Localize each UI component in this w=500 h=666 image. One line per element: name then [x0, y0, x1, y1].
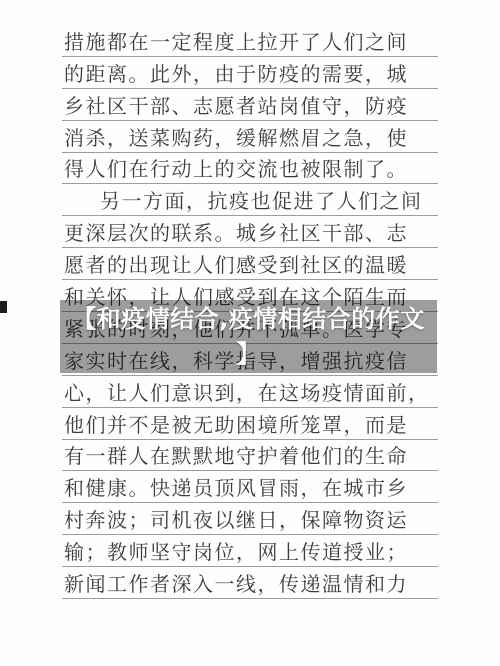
handwriting-line: 村奔波；司机夜以继日，保障物资运 — [62, 503, 438, 535]
handwriting-text: 新闻工作者深入一线，传递温情和力 — [64, 568, 408, 597]
handwriting-text: 得人们在行动上的交流也被限制了。 — [64, 153, 408, 182]
handwriting-line: 乡社区干部、志愿者站岗值守，防疫 — [62, 89, 438, 121]
handwriting-line: 他们并不是被无助困境所笼罩，而是 — [62, 408, 438, 440]
watermark-text-line1: 【和疫情结合,疫情相结合的作文 — [72, 302, 425, 337]
handwriting-line: 另一方面，抗疫也促进了人们之间 — [62, 184, 438, 216]
handwriting-text: 的距离。此外，由于防疫的需要，城 — [64, 58, 408, 87]
handwriting-text: 乡社区干部、志愿者站岗值守，防疫 — [64, 90, 408, 119]
watermark-banner: 【和疫情结合,疫情相结合的作文 】 — [60, 300, 437, 373]
handwriting-text: 和健康。快递员顶风冒雨，在城市乡 — [64, 472, 408, 501]
handwriting-line: 有一群人在默默地守护着他们的生命 — [62, 440, 438, 472]
handwriting-text: 更深层次的联系。城乡社区干部、志 — [64, 217, 408, 246]
handwriting-text: 他们并不是被无助困境所笼罩，而是 — [64, 409, 408, 438]
handwriting-text: 消杀，送菜购药，缓解燃眉之急，使 — [64, 122, 408, 151]
essay-page: 措施都在一定程度上拉开了人们之间 的距离。此外，由于防疫的需要，城 乡社区干部、… — [0, 0, 500, 666]
scan-artifact — [0, 301, 7, 313]
handwriting-line: 输；教师坚守岗位，网上传道授业； — [62, 535, 438, 567]
handwriting-text: 另一方面，抗疫也促进了人们之间 — [100, 185, 423, 214]
handwriting-text: 愿者的出现让人们感受到社区的温暖 — [64, 249, 408, 278]
handwriting-text: 村奔波；司机夜以继日，保障物资运 — [64, 504, 408, 533]
handwriting-line: 愿者的出现让人们感受到社区的温暖 — [62, 248, 438, 280]
handwriting-line: 措施都在一定程度上拉开了人们之间 — [62, 25, 438, 57]
handwriting-text: 措施都在一定程度上拉开了人们之间 — [64, 26, 408, 55]
handwriting-line: 心，让人们意识到，在这场疫情面前， — [62, 376, 438, 408]
handwriting-text: 心，让人们意识到，在这场疫情面前， — [64, 377, 430, 406]
handwriting-line: 消杀，送菜购药，缓解燃眉之急，使 — [62, 121, 438, 153]
handwriting-line: 和健康。快递员顶风冒雨，在城市乡 — [62, 471, 438, 503]
handwriting-text: 输；教师坚守岗位，网上传道授业； — [64, 536, 408, 565]
handwriting-line: 得人们在行动上的交流也被限制了。 — [62, 153, 438, 185]
handwriting-line: 的距离。此外，由于防疫的需要，城 — [62, 57, 438, 89]
handwriting-line: 新闻工作者深入一线，传递温情和力 — [62, 567, 438, 599]
handwriting-text: 有一群人在默默地守护着他们的生命 — [64, 440, 408, 469]
watermark-text-line2: 】 — [236, 337, 261, 372]
handwriting-line: 更深层次的联系。城乡社区干部、志 — [62, 216, 438, 248]
